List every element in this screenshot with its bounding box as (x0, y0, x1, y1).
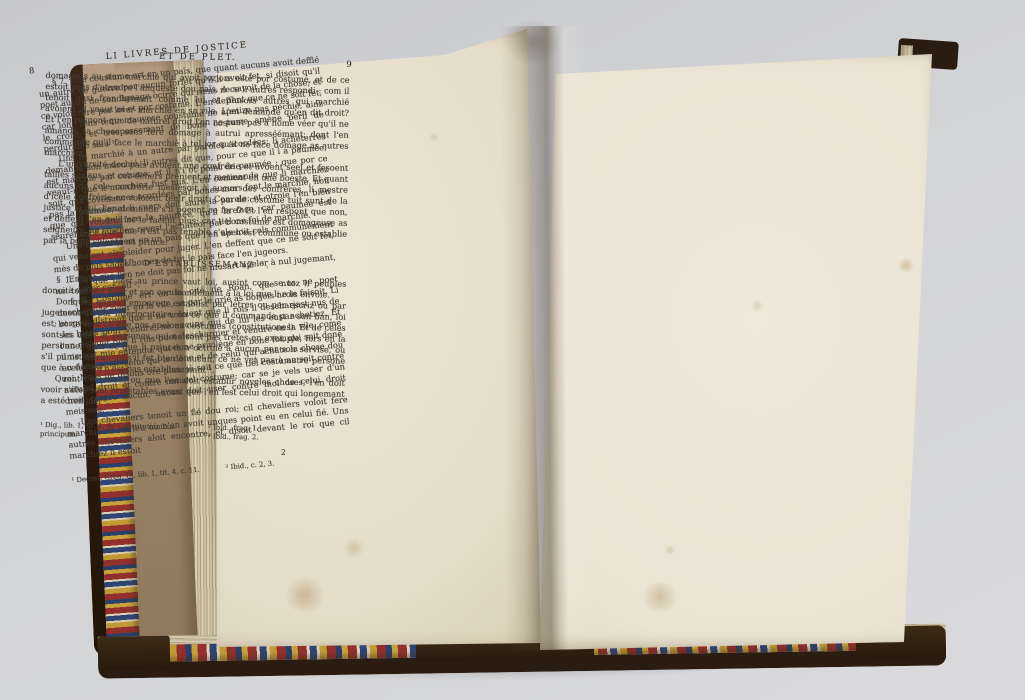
running-header-title: ET DE PLET. (159, 52, 237, 63)
body-paragraph: Donques quant l'empereor establist par l… (41, 296, 346, 378)
body-paragraph: Quant l'en veaut ou que l'en doit establ… (40, 373, 344, 411)
photo-background: 8 LI LIVRES DE JOSTICE § 7. Une coustume… (0, 0, 1025, 700)
footnote-column: ² Ibid., frag. 1. ³ Ibid., frag. 2. (208, 424, 259, 443)
footnote: ³ Ibid., frag. 2. (208, 433, 259, 443)
page-number-left: 8 (29, 65, 35, 76)
section-heading: III. D'ESTABLISSEMANZ ¹. (43, 256, 347, 272)
leather-corner-bottom-left (98, 636, 171, 671)
page-number-right: 9 (346, 59, 352, 70)
right-page (530, 44, 940, 654)
footnote: ¹ Dig., lib. 1, tit. 4, de Constitutioni… (40, 421, 182, 441)
footnotes-right: ¹ Dig., lib. 1, tit. 4, de Constitutioni… (40, 421, 344, 444)
body-paragraph: domageus au sien marchié qui avoit tozjo… (44, 70, 349, 163)
right-page-text: ET DE PLET. 9 domageus au sien marchié q… (40, 50, 350, 459)
body-paragraph: L'université dou païs avoient une confré… (43, 158, 348, 251)
